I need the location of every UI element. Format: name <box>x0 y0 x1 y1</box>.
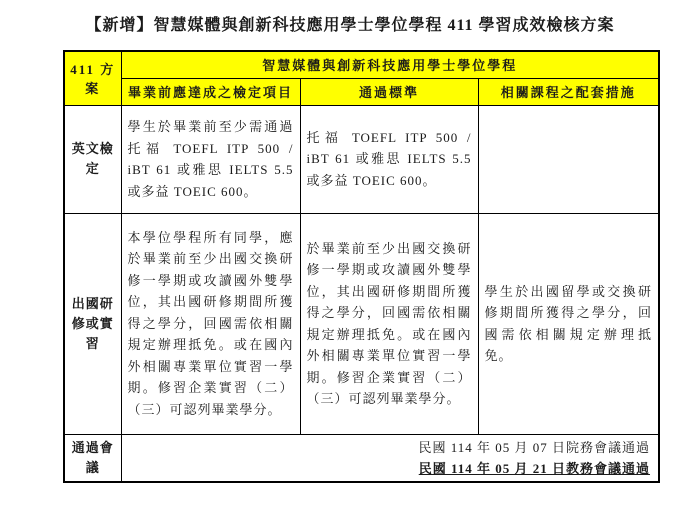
table-row-study-abroad: 出國研修或實習 本學位學程所有同學，應於畢業前至少出國交換研修一學期或攻讀國外雙… <box>64 213 659 434</box>
abroad-measures-cell: 學生於出國留學或交換研修期間所獲得之學分，回國需依相關規定辦理抵免。 <box>478 213 659 434</box>
header-row-columns: 畢業前應達成之檢定項目 通過標準 相關課程之配套措施 <box>64 78 659 105</box>
abroad-standard-cell: 於畢業前至少出國交換研修一學期或攻讀國外雙學位，其出國研修期間所獲得之學分，回國… <box>300 213 478 434</box>
corner-label-cell: 411 方案 <box>64 51 121 105</box>
assessment-table: 411 方案 智慧媒體與創新科技應用學士學位學程 畢業前應達成之檢定項目 通過標… <box>63 50 660 483</box>
english-measures-cell <box>478 105 659 213</box>
abroad-requirement-cell: 本學位學程所有同學，應於畢業前至少出國交換研修一學期或攻讀國外雙學位，其出國研修… <box>121 213 300 434</box>
header-row-program: 411 方案 智慧媒體與創新科技應用學士學位學程 <box>64 51 659 78</box>
column-header-standard: 通過標準 <box>300 78 478 105</box>
page-title: 【新增】智慧媒體與創新科技應用學士學位學程 411 學習成效檢核方案 <box>0 12 700 35</box>
document-page: 【新增】智慧媒體與創新科技應用學士學位學程 411 學習成效檢核方案 411 方… <box>0 0 700 512</box>
row-label-english-test: 英文檢定 <box>64 105 121 213</box>
column-header-measures: 相關課程之配套措施 <box>478 78 659 105</box>
approval-line-academic-affairs: 民國 114 年 05 月 21 日教務會議通過 <box>128 458 651 479</box>
english-standard-cell: 托福 TOEFL ITP 500 / iBT 61 或雅思 IELTS 5.5 … <box>300 105 478 213</box>
english-requirement-cell: 學生於畢業前至少需通過托福 TOEFL ITP 500 / iBT 61 或雅思… <box>121 105 300 213</box>
program-header-cell: 智慧媒體與創新科技應用學士學位學程 <box>121 51 659 78</box>
row-label-study-abroad: 出國研修或實習 <box>64 213 121 434</box>
table-row-meeting: 通過會議 民國 114 年 05 月 07 日院務會議通過 民國 114 年 0… <box>64 434 659 482</box>
table-row-english-test: 英文檢定 學生於畢業前至少需通過托福 TOEFL ITP 500 / iBT 6… <box>64 105 659 213</box>
column-header-requirement: 畢業前應達成之檢定項目 <box>121 78 300 105</box>
meeting-approvals-cell: 民國 114 年 05 月 07 日院務會議通過 民國 114 年 05 月 2… <box>121 434 659 482</box>
row-label-meeting: 通過會議 <box>64 434 121 482</box>
approval-line-council: 民國 114 年 05 月 07 日院務會議通過 <box>128 437 651 458</box>
